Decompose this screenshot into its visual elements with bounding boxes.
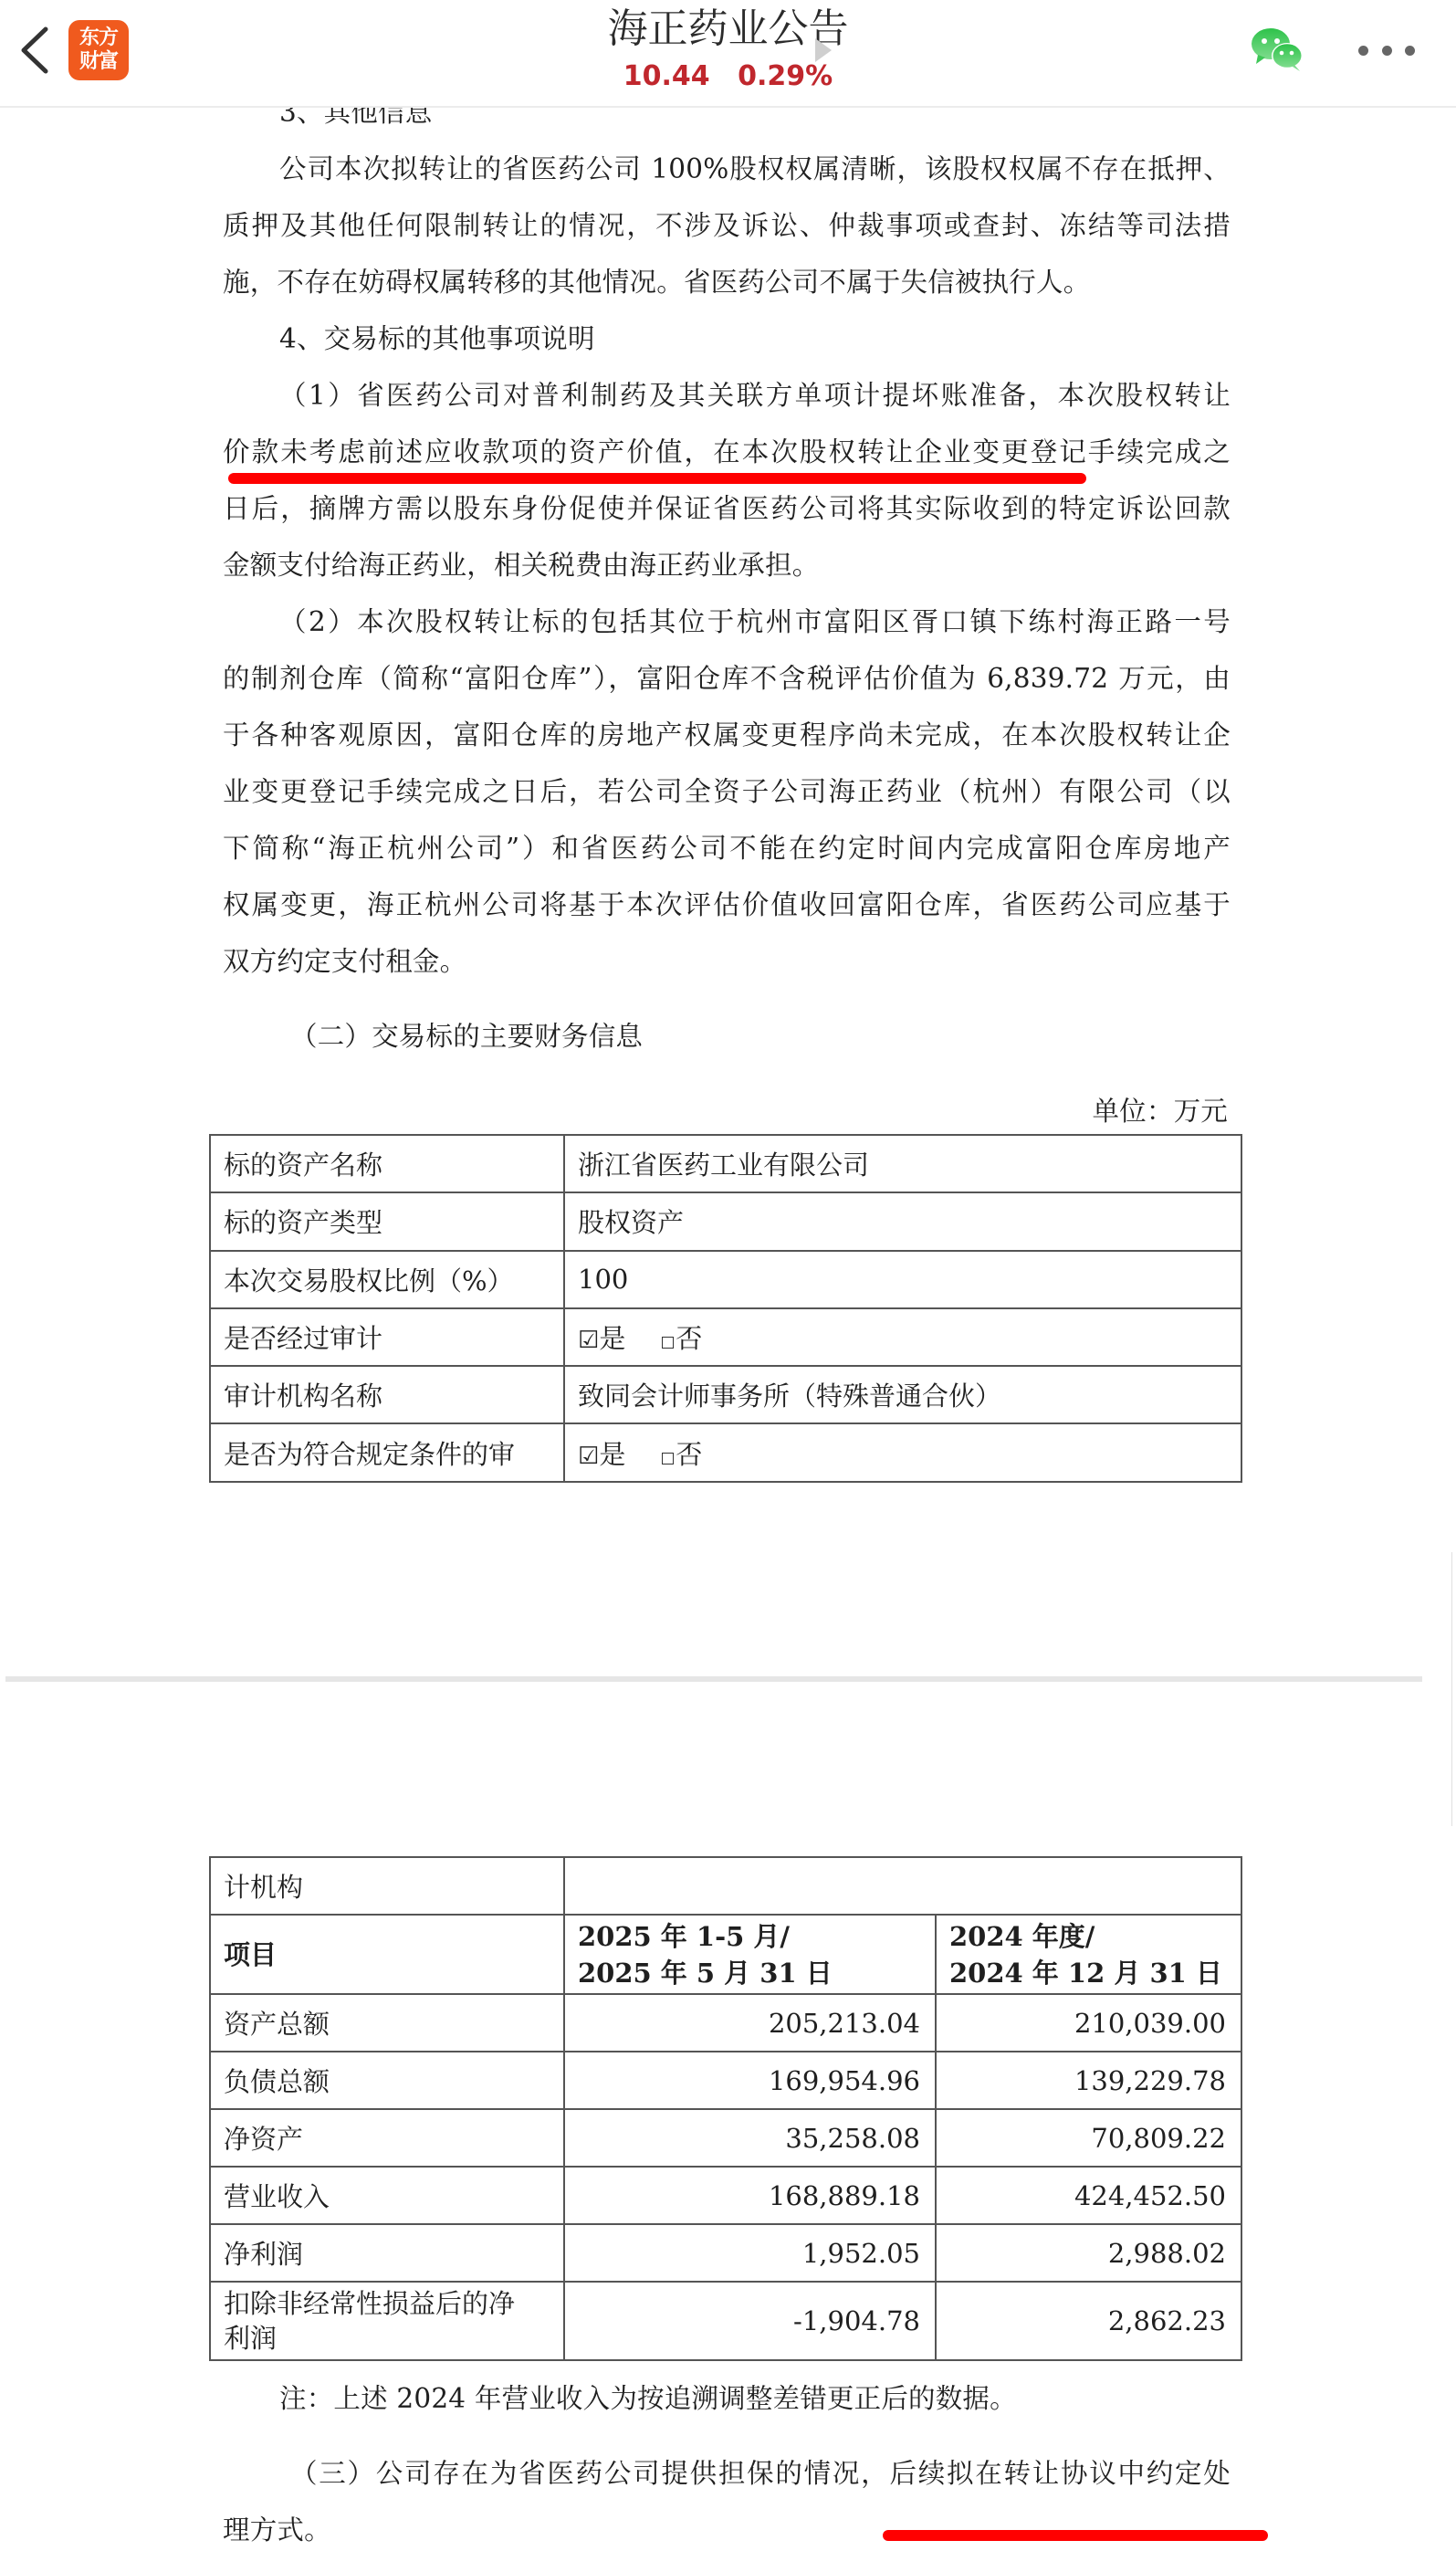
back-button[interactable] [16,24,55,77]
row-item: 净利润 [210,2224,564,2282]
section-heading-financial-info: （二）交易标的主要财务信息 [290,1021,643,1052]
title-block: 海正药业公告 10.44 0.29% [0,0,1456,108]
row-item: 营业收入 [210,2167,564,2224]
value-2025: 168,889.18 [564,2167,936,2224]
header-2024-line1: 2024 年度/ [949,1918,1228,1955]
wechat-icon [1249,26,1307,73]
table-row: 标的资产名称 浙江省医药工业有限公司 [210,1135,1241,1192]
red-underline-annotation [883,2530,1268,2541]
option-yes: 是 [599,1439,625,1470]
value-2025: 169,954.96 [564,2052,936,2109]
value-2024: 2,862.23 [936,2282,1241,2360]
value-2024: 2,988.02 [936,2224,1241,2282]
header-2025-line2: 2025 年 5 月 31 日 [578,1955,922,1991]
table-row: 是否经过审计 ☑是否 [210,1308,1241,1366]
table-value: 致同会计师事务所（特殊普通合伙） [564,1366,1241,1423]
row-item: 净资产 [210,2109,564,2167]
paragraph-line: 的制剂仓库（简称“富阳仓库”），富阳仓库不含税评估价值为 6,839.72 万元… [223,663,1231,694]
table-value: 100 [564,1251,1241,1308]
paragraph-line: 业变更登记手续完成之日后，若公司全资子公司海正药业（杭州）有限公司（以 [223,776,1231,807]
table-row: 本次交易股权比例（%） 100 [210,1251,1241,1308]
header-2025-line1: 2025 年 1-5 月/ [578,1918,922,1955]
logo-text-line1: 东方 [68,26,129,50]
paragraph-line: 日后，摘牌方需以股东身份促使并保证省医药公司将其实际收到的特定诉讼回款 [223,493,1231,524]
more-dot [1358,46,1368,56]
row-item-line2: 利润 [224,2321,550,2356]
stock-quote: 10.44 0.29% [0,58,1456,95]
table-row: 净利润 1,952.05 2,988.02 [210,2224,1241,2282]
paragraph-line: 下简称“海正杭州公司”）和省医药公司不能在约定时间内完成富阳仓库房地产 [223,833,1231,864]
more-dot [1382,46,1392,56]
header-2025: 2025 年 1-5 月/ 2025 年 5 月 31 日 [564,1915,936,1994]
paragraph-line: 价款未考虑前述应收款项的资产价值，在本次股权转让企业变更登记手续完成之 [223,436,1231,467]
stock-price: 10.44 [623,60,710,92]
header-item: 项目 [210,1915,564,1994]
app-bar: 东方 财富 海正药业公告 10.44 0.29% [0,0,1456,108]
paragraph-line: 质押及其他任何限制转让的情况，不涉及诉讼、仲裁事项或查封、冻结等司法措 [223,210,1231,241]
table-row: 资产总额 205,213.04 210,039.00 [210,1994,1241,2052]
section-heading-other-matters: 4、交易标的其他事项说明 [279,323,595,354]
table-row: 计机构 [210,1857,1241,1915]
unchecked-box-icon [662,1337,674,1349]
paragraph-line: 理方式。 [223,2514,331,2546]
table-value [564,1857,1241,1915]
table-key: 本次交易股权比例（%） [210,1251,564,1308]
table-key: 是否为符合规定条件的审 [210,1423,564,1481]
option-no: 否 [676,1323,702,1354]
table-key: 标的资产名称 [210,1135,564,1192]
table-row: 负债总额 169,954.96 139,229.78 [210,2052,1241,2109]
page-divider [5,1676,1422,1682]
table-row: 审计机构名称 致同会计师事务所（特殊普通合伙） [210,1366,1241,1423]
table-value: 股权资产 [564,1192,1241,1250]
scrollbar-track[interactable] [1451,1552,1452,1826]
asset-info-table: 标的资产名称 浙江省医药工业有限公司 标的资产类型 股权资产 本次交易股权比例（… [209,1134,1242,1483]
wechat-share-button[interactable] [1249,26,1307,73]
paragraph-line: （三）公司存在为省医药公司提供担保的情况，后续拟在转让协议中约定处 [290,2458,1231,2489]
financial-table: 计机构 项目 2025 年 1-5 月/ 2025 年 5 月 31 日 202… [209,1856,1242,2361]
table-row: 是否为符合规定条件的审 ☑是否 [210,1423,1241,1481]
value-2025: 35,258.08 [564,2109,936,2167]
value-2024: 139,229.78 [936,2052,1241,2109]
red-underline-annotation [228,473,1086,484]
table-value: ☑是否 [564,1423,1241,1481]
paragraph-line: 于各种客观原因，富阳仓库的房地产权属变更程序尚未完成，在本次股权转让企 [223,719,1231,751]
chevron-left-icon [16,24,55,77]
checked-box-icon: ☑ [578,1327,599,1354]
eastmoney-logo[interactable]: 东方 财富 [68,20,129,80]
paragraph-line: （1）省医药公司对普利制药及其关联方单项计提坏账准备，本次股权转让 [279,380,1231,411]
header-2024: 2024 年度/ 2024 年 12 月 31 日 [936,1915,1241,1994]
table-row: 标的资产类型 股权资产 [210,1192,1241,1250]
paragraph-line: （2）本次股权转让标的包括其位于杭州市富阳区胥口镇下练村海正路一号 [279,606,1231,637]
logo-text-line2: 财富 [68,50,129,74]
table-key: 计机构 [210,1857,564,1915]
more-dot [1405,46,1415,56]
row-item-line1: 扣除非经常性损益后的净 [224,2286,550,2321]
paragraph-line: 公司本次拟转让的省医药公司 100%股权权属清晰，该股权权属不存在抵押、 [279,153,1231,184]
value-2025: 205,213.04 [564,1994,936,2052]
paragraph-line: 施，不存在妨碍权属转移的其他情况。省医药公司不属于失信被执行人。 [223,267,1090,298]
paragraph-line: 金额支付给海正药业，相关税费由海正药业承担。 [223,550,819,581]
option-no: 否 [676,1439,702,1470]
more-button[interactable] [1358,37,1415,64]
row-item: 负债总额 [210,2052,564,2109]
header-2024-line2: 2024 年 12 月 31 日 [949,1955,1228,1991]
table-note: 注：上述 2024 年营业收入为按追溯调整差错更正后的数据。 [279,2383,1017,2414]
row-item: 资产总额 [210,1994,564,2052]
paragraph-line: 权属变更，海正杭州公司将基于本次评估价值收回富阳仓库，省医药公司应基于 [223,889,1231,920]
checked-box-icon: ☑ [578,1443,599,1470]
value-2025: -1,904.78 [564,2282,936,2360]
option-yes: 是 [599,1323,625,1354]
table-row: 净资产 35,258.08 70,809.22 [210,2109,1241,2167]
table-value: ☑是否 [564,1308,1241,1366]
table-key: 是否经过审计 [210,1308,564,1366]
stock-change: 0.29% [738,60,833,92]
value-2025: 1,952.05 [564,2224,936,2282]
unchecked-box-icon [662,1453,674,1464]
table-header-row: 项目 2025 年 1-5 月/ 2025 年 5 月 31 日 2024 年度… [210,1915,1241,1994]
value-2024: 424,452.50 [936,2167,1241,2224]
page-title: 海正药业公告 [0,4,1456,55]
paragraph-line: 双方约定支付租金。 [223,946,466,977]
row-item: 扣除非经常性损益后的净 利润 [210,2282,564,2360]
table-key: 标的资产类型 [210,1192,564,1250]
value-2024: 70,809.22 [936,2109,1241,2167]
table-row: 营业收入 168,889.18 424,452.50 [210,2167,1241,2224]
value-2024: 210,039.00 [936,1994,1241,2052]
unit-label: 单位：万元 [1092,1096,1228,1127]
table-row: 扣除非经常性损益后的净 利润 -1,904.78 2,862.23 [210,2282,1241,2360]
table-key: 审计机构名称 [210,1366,564,1423]
table-value: 浙江省医药工业有限公司 [564,1135,1241,1192]
play-triangle-icon[interactable] [815,38,832,62]
